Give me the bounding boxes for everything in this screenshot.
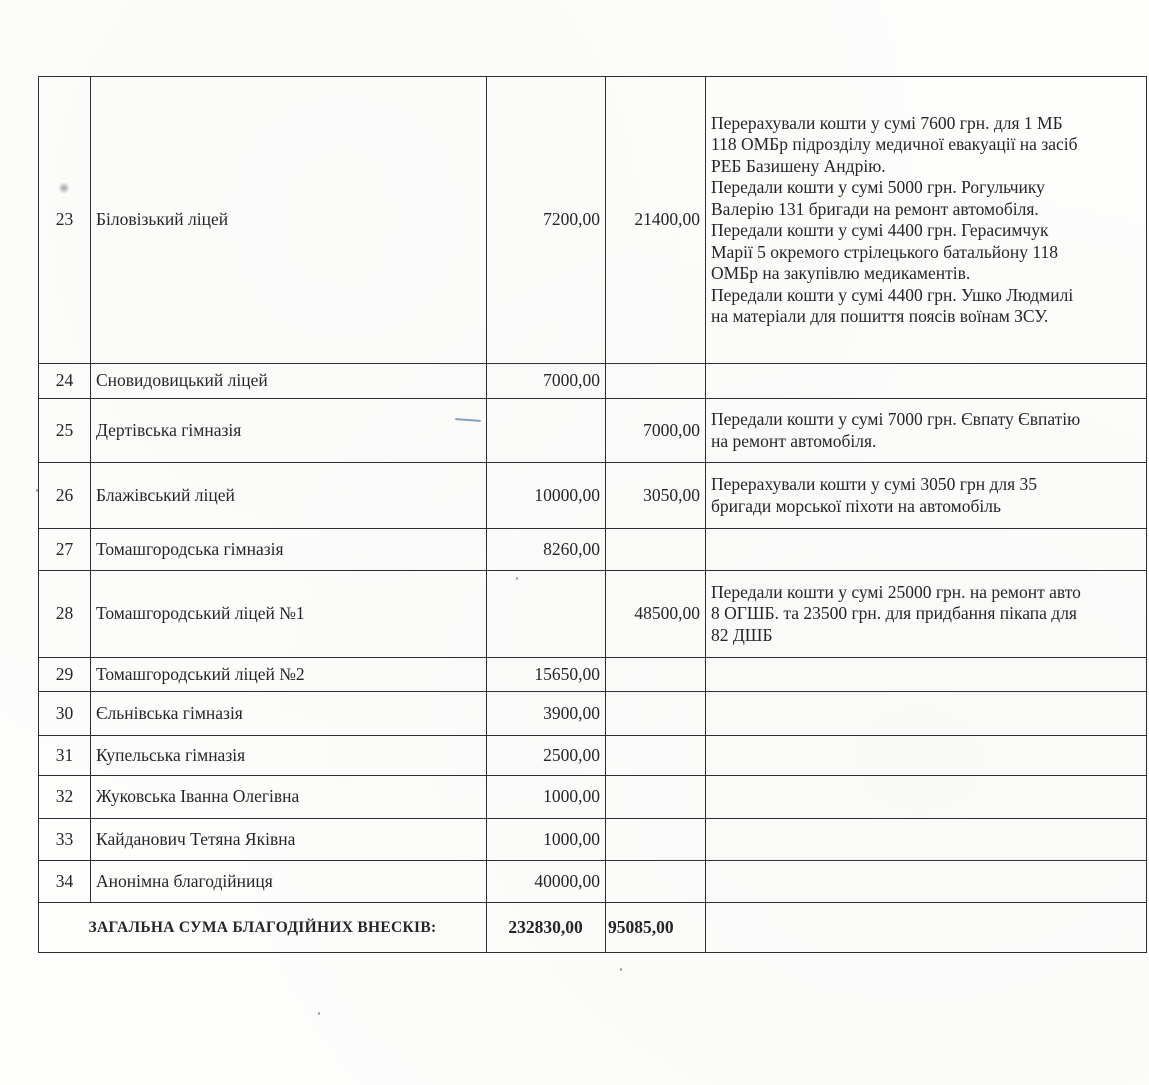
donor-name: Томашгородська гімназія xyxy=(91,529,487,571)
table-row: 34Анонімна благодійниця40000,00 xyxy=(39,861,1147,903)
usage-note: Передали кошти у сумі 25000 грн. на ремо… xyxy=(706,571,1147,658)
sum-transferred xyxy=(606,529,706,571)
note-line: ОМБр на закупівлю медикаментів. xyxy=(711,263,1141,285)
row-number: 27 xyxy=(39,529,91,571)
table-row: 29Томашгородський ліцей №215650,00 xyxy=(39,658,1147,692)
scan-speck xyxy=(620,968,622,971)
note-line: РЕБ Базишену Андрію. xyxy=(711,156,1141,178)
sum-received: 2500,00 xyxy=(487,736,606,776)
row-number: 33 xyxy=(39,819,91,861)
sum-transferred xyxy=(606,776,706,819)
note-line: Валерію 131 бригади на ремонт автомобіля… xyxy=(711,199,1141,221)
sum-transferred xyxy=(606,658,706,692)
table-row: 31Купельська гімназія2500,00 xyxy=(39,736,1147,776)
sum-transferred: 7000,00 xyxy=(606,399,706,463)
row-number: 26 xyxy=(39,463,91,529)
sum-transferred xyxy=(606,819,706,861)
note-line: 118 ОМБр підрозділу медичної евакуації н… xyxy=(711,134,1141,156)
donor-name: Томашгородський ліцей №1 xyxy=(91,571,487,658)
donor-name: Сновидовицький ліцей xyxy=(91,364,487,399)
total-note xyxy=(706,903,1147,953)
table-row: 27Томашгородська гімназія8260,00 xyxy=(39,529,1147,571)
row-number: 23 xyxy=(39,77,91,364)
note-line: Перерахували кошти у сумі 3050 грн для 3… xyxy=(711,474,1141,496)
sum-transferred xyxy=(606,736,706,776)
sum-transferred: 3050,00 xyxy=(606,463,706,529)
table-row: 28Томашгородський ліцей №148500,00Переда… xyxy=(39,571,1147,658)
total-label: ЗАГАЛЬНА СУМА БЛАГОДІЙНИХ ВНЕСКІВ: xyxy=(39,903,487,953)
sum-transferred: 48500,00 xyxy=(606,571,706,658)
sum-transferred xyxy=(606,861,706,903)
donor-name: Томашгородський ліцей №2 xyxy=(91,658,487,692)
row-number: 32 xyxy=(39,776,91,819)
row-number: 28 xyxy=(39,571,91,658)
sum-received: 8260,00 xyxy=(487,529,606,571)
table-row: 24Сновидовицький ліцей7000,00 xyxy=(39,364,1147,399)
sum-received: 1000,00 xyxy=(487,776,606,819)
usage-note: Передали кошти у сумі 7000 грн. Євпату Є… xyxy=(706,399,1147,463)
usage-note xyxy=(706,861,1147,903)
table-row: 33Кайданович Тетяна Яківна1000,00 xyxy=(39,819,1147,861)
note-line: бригади морської піхоти на автомобіль xyxy=(711,496,1141,518)
sum-received xyxy=(487,571,606,658)
note-line: Передали кошти у сумі 7000 грн. Євпату Є… xyxy=(711,409,1141,431)
scan-speck xyxy=(318,1012,320,1015)
donor-name: Дертівська гімназія xyxy=(91,399,487,463)
usage-note xyxy=(706,736,1147,776)
donor-name: Блажівський ліцей xyxy=(91,463,487,529)
usage-note: Перерахували кошти у сумі 3050 грн для 3… xyxy=(706,463,1147,529)
donor-name: Єльнівська гімназія xyxy=(91,692,487,736)
row-number: 24 xyxy=(39,364,91,399)
sum-received: 40000,00 xyxy=(487,861,606,903)
sum-received: 15650,00 xyxy=(487,658,606,692)
usage-note xyxy=(706,776,1147,819)
note-line: 8 ОГШБ. та 23500 грн. для придбання піка… xyxy=(711,603,1141,625)
note-line: Передали кошти у сумі 5000 грн. Рогульчи… xyxy=(711,177,1141,199)
note-line: Перерахували кошти у сумі 7600 грн. для … xyxy=(711,113,1141,135)
sum-transferred: 21400,00 xyxy=(606,77,706,364)
usage-note xyxy=(706,658,1147,692)
table-row: 26Блажівський ліцей10000,003050,00Перера… xyxy=(39,463,1147,529)
donations-table: 23Біловізький ліцей7200,0021400,00Перера… xyxy=(38,76,1147,953)
row-number: 31 xyxy=(39,736,91,776)
donor-name: Кайданович Тетяна Яківна xyxy=(91,819,487,861)
table-row: 32Жуковська Іванна Олегівна1000,00 xyxy=(39,776,1147,819)
usage-note xyxy=(706,692,1147,736)
sum-received: 7000,00 xyxy=(487,364,606,399)
total-row: ЗАГАЛЬНА СУМА БЛАГОДІЙНИХ ВНЕСКІВ:232830… xyxy=(39,903,1147,953)
sum-received: 1000,00 xyxy=(487,819,606,861)
usage-note xyxy=(706,529,1147,571)
total-sum-transferred: 95085,00 xyxy=(606,903,706,953)
usage-note: Перерахували кошти у сумі 7600 грн. для … xyxy=(706,77,1147,364)
sum-received: 3900,00 xyxy=(487,692,606,736)
donor-name: Анонімна благодійниця xyxy=(91,861,487,903)
donor-name: Жуковська Іванна Олегівна xyxy=(91,776,487,819)
row-number: 25 xyxy=(39,399,91,463)
sum-received xyxy=(487,399,606,463)
table-row: 23Біловізький ліцей7200,0021400,00Перера… xyxy=(39,77,1147,364)
sum-received: 10000,00 xyxy=(487,463,606,529)
note-line: Передали кошти у сумі 4400 грн. Герасимч… xyxy=(711,220,1141,242)
donor-name: Купельська гімназія xyxy=(91,736,487,776)
row-number: 30 xyxy=(39,692,91,736)
table-body: 23Біловізький ліцей7200,0021400,00Перера… xyxy=(39,77,1147,953)
total-sum-received: 232830,00 xyxy=(487,903,606,953)
usage-note xyxy=(706,819,1147,861)
note-line: Передали кошти у сумі 25000 грн. на ремо… xyxy=(711,582,1141,604)
usage-note xyxy=(706,364,1147,399)
table-row: 30Єльнівська гімназія3900,00 xyxy=(39,692,1147,736)
sum-transferred xyxy=(606,364,706,399)
table-row: 25Дертівська гімназія7000,00Передали кош… xyxy=(39,399,1147,463)
note-line: 82 ДШБ xyxy=(711,625,1141,647)
note-line: на ремонт автомобіля. xyxy=(711,431,1141,453)
note-line: Передали кошти у сумі 4400 грн. Ушко Люд… xyxy=(711,285,1141,307)
row-number: 34 xyxy=(39,861,91,903)
row-number: 29 xyxy=(39,658,91,692)
sum-received: 7200,00 xyxy=(487,77,606,364)
sum-transferred xyxy=(606,692,706,736)
donor-name: Біловізький ліцей xyxy=(91,77,487,364)
note-line: Марії 5 окремого стрілецького батальйону… xyxy=(711,242,1141,264)
scanned-page: 23Біловізький ліцей7200,0021400,00Перера… xyxy=(0,0,1149,1085)
note-line: на матеріали для пошиття поясів воїнам З… xyxy=(711,306,1141,328)
